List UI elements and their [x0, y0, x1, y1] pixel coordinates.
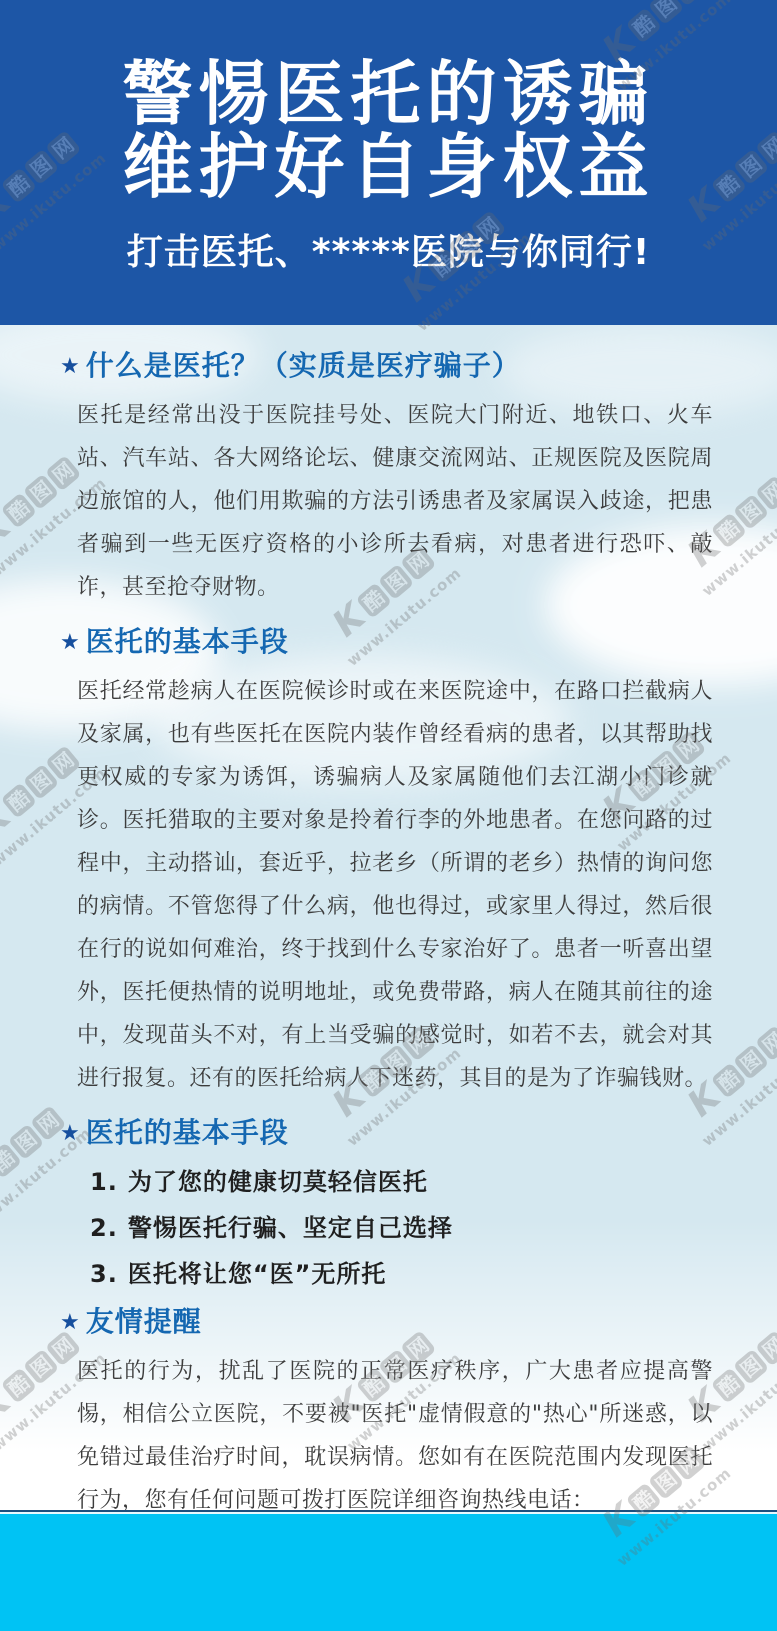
- section-heading-text: 医托的基本手段: [86, 625, 289, 658]
- star-icon: ★: [60, 354, 81, 379]
- poster-body: ★什么是医托？（实质是医疗骗子） 医托是经常出没于医院挂号处、医院大门附近、地铁…: [0, 325, 777, 1510]
- section-what-is-yituo: ★什么是医托？（实质是医疗骗子） 医托是经常出没于医院挂号处、医院大门附近、地铁…: [60, 349, 713, 609]
- list-item-text: 为了您的健康切莫轻信医托: [128, 1168, 428, 1196]
- poster-title-line2: 维护好自身权益: [0, 131, 777, 204]
- section-basic-methods-list: ★医托的基本手段 1.为了您的健康切莫轻信医托 2.警惕医托行骗、坚定自己选择 …: [60, 1116, 713, 1289]
- list-item-number: 1.: [90, 1168, 118, 1196]
- footer-band: [0, 1510, 777, 1631]
- section-paragraph: 医托经常趁病人在医院候诊时或在来医院途中，在路口拦截病人及家属，也有些医托在医院…: [77, 670, 713, 1100]
- list-item-number: 2.: [90, 1214, 118, 1242]
- list-item: 2.警惕医托行骗、坚定自己选择: [90, 1213, 713, 1243]
- section-heading-text: 医托的基本手段: [86, 1116, 289, 1149]
- star-icon: ★: [60, 630, 81, 655]
- poster-subtitle: 打击医托、*****医院与你同行!: [0, 224, 777, 275]
- poster: 警惕医托的诱骗 维护好自身权益 打击医托、*****医院与你同行! ★什么是医托…: [0, 0, 777, 1631]
- section-heading: ★医托的基本手段: [60, 625, 713, 660]
- tips-list: 1.为了您的健康切莫轻信医托 2.警惕医托行骗、坚定自己选择 3.医托将让您“医…: [90, 1167, 713, 1289]
- section-basic-methods: ★医托的基本手段 医托经常趁病人在医院候诊时或在来医院途中，在路口拦截病人及家属…: [60, 625, 713, 1100]
- star-icon: ★: [60, 1310, 81, 1335]
- poster-title: 警惕医托的诱骗 维护好自身权益: [0, 0, 777, 204]
- poster-header: 警惕医托的诱骗 维护好自身权益 打击医托、*****医院与你同行!: [0, 0, 777, 325]
- list-item-number: 3.: [90, 1260, 118, 1288]
- list-item-text: 医托将让您“医”无所托: [128, 1260, 387, 1288]
- section-paragraph: 医托是经常出没于医院挂号处、医院大门附近、地铁口、火车站、汽车站、各大网络论坛、…: [77, 394, 713, 609]
- section-friendly-reminder: ★友情提醒 医托的行为，扰乱了医院的正常医疗秩序，广大患者应提高警惕，相信公立医…: [60, 1305, 713, 1510]
- section-heading: ★友情提醒: [60, 1305, 713, 1340]
- section-heading-text: 友情提醒: [86, 1305, 202, 1338]
- list-item: 1.为了您的健康切莫轻信医托: [90, 1167, 713, 1197]
- poster-title-line1: 警惕医托的诱骗: [0, 58, 777, 131]
- list-item: 3.医托将让您“医”无所托: [90, 1259, 713, 1289]
- section-paragraph: 医托的行为，扰乱了医院的正常医疗秩序，广大患者应提高警惕，相信公立医院，不要被"…: [77, 1350, 713, 1510]
- star-icon: ★: [60, 1121, 81, 1146]
- section-heading: ★医托的基本手段: [60, 1116, 713, 1151]
- section-heading-text: 什么是医托？（实质是医疗骗子）: [86, 349, 521, 382]
- section-heading: ★什么是医托？（实质是医疗骗子）: [60, 349, 713, 384]
- list-item-text: 警惕医托行骗、坚定自己选择: [128, 1214, 453, 1242]
